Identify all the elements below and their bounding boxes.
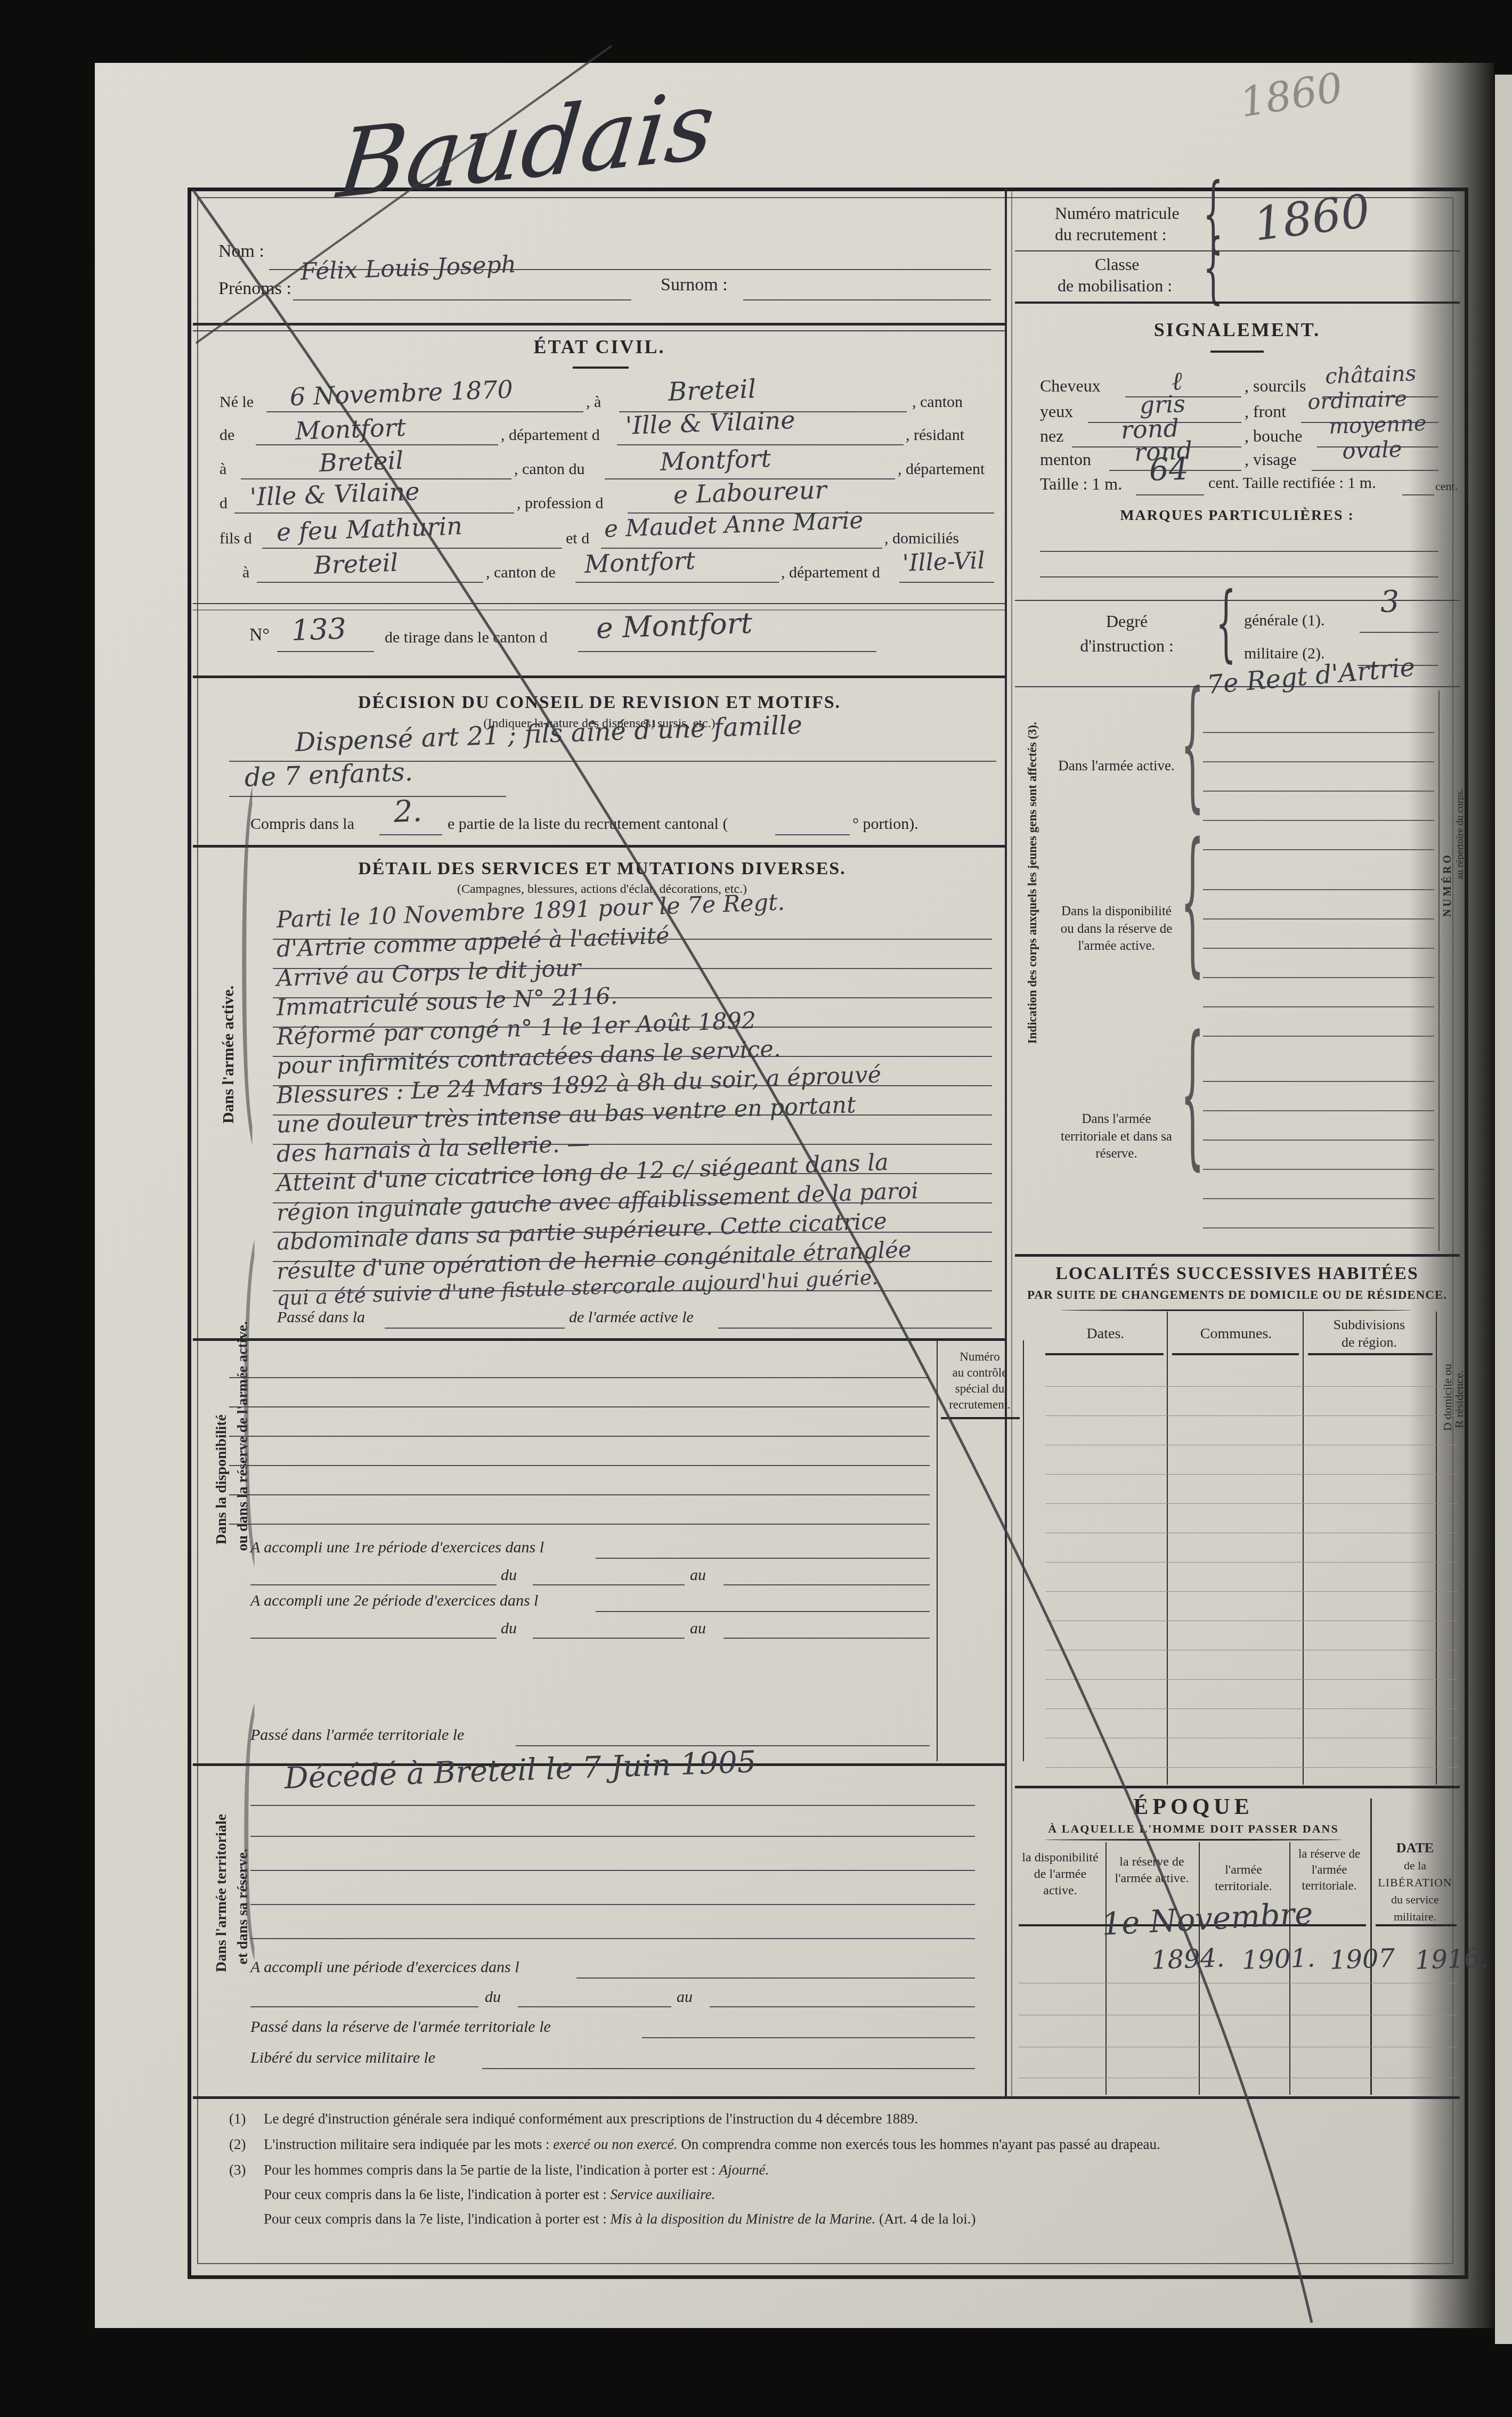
scanned-register-sheet: 1860 Baudais Nom : Prénoms : Félix Louis… <box>0 0 1512 2417</box>
cancellation-strokes <box>0 0 1512 2417</box>
cancellation-stroke-main <box>193 190 1312 2323</box>
cancellation-stroke-cross <box>196 46 612 343</box>
